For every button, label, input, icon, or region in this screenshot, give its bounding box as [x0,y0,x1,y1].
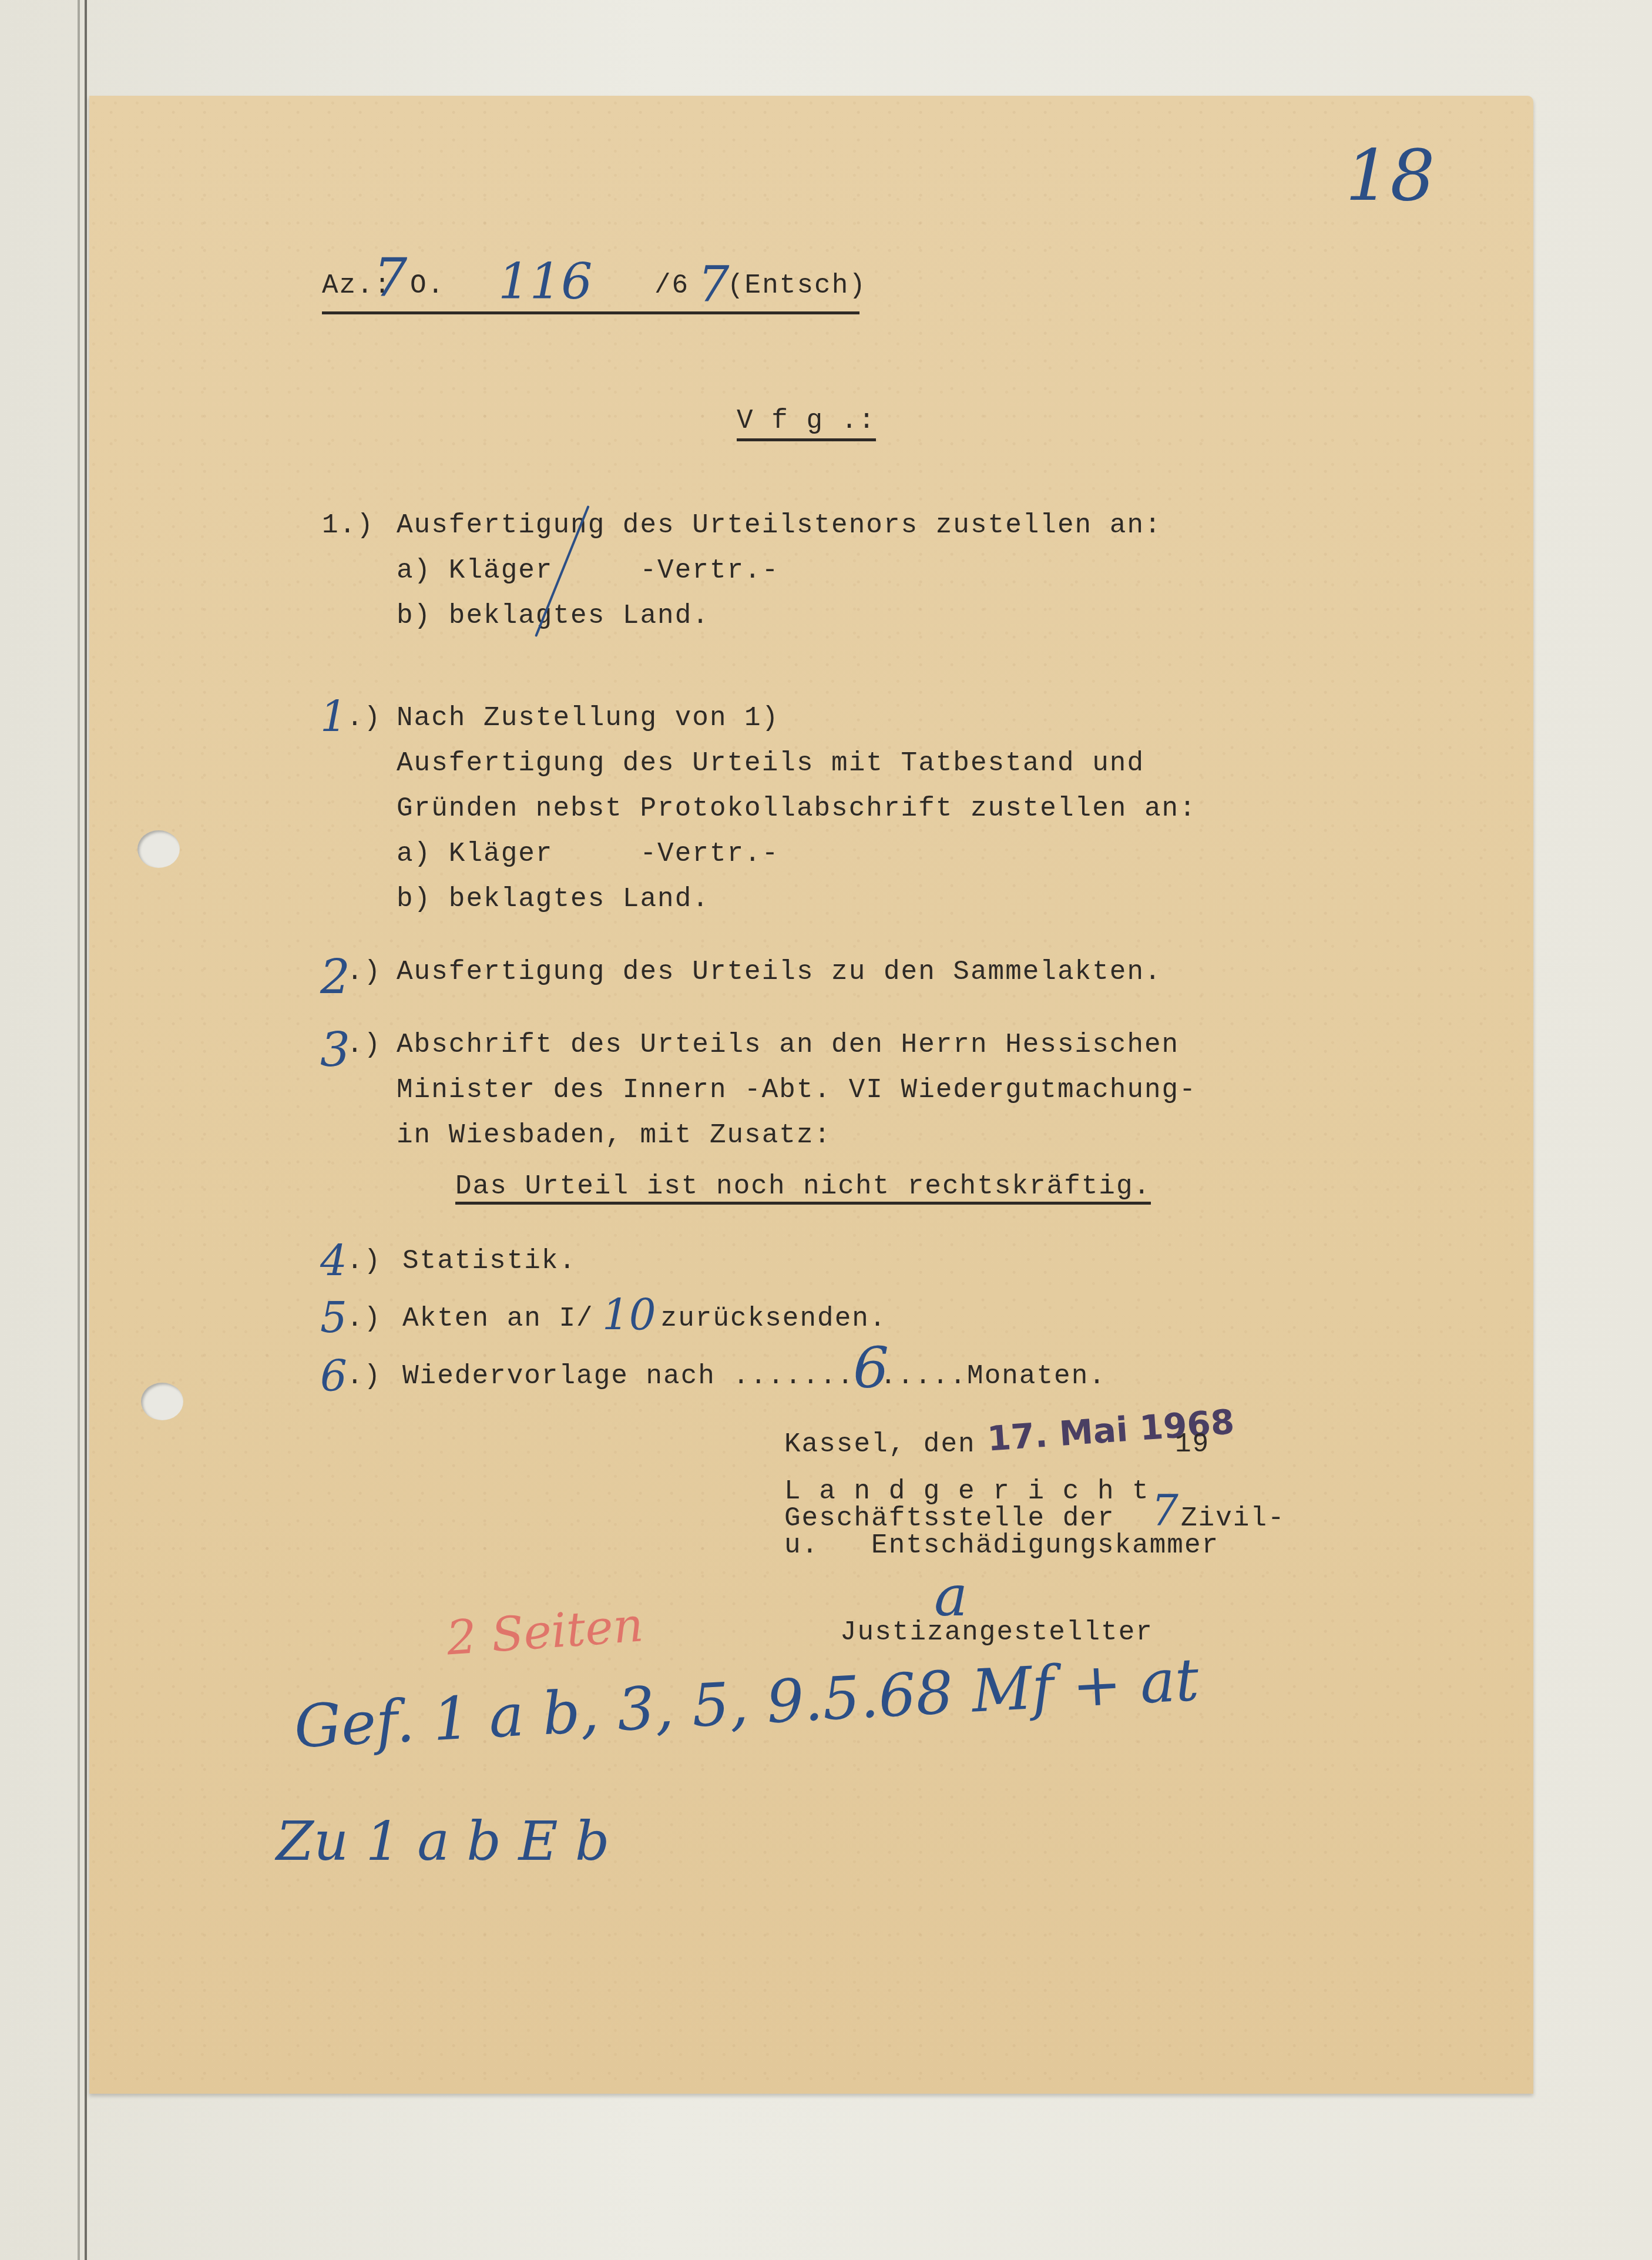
item-text-line-1: Abschrift des Urteils an den Herrn Hessi… [397,1030,1179,1060]
item-text: Ausfertigung des Urteilstenors zustellen… [397,510,1162,541]
renumber-mark: 1 [320,692,347,742]
renumber-mark: 3 [320,1022,350,1077]
chamber-handwritten: 7 [1151,1486,1178,1535]
service-note: Zu 1 a b E b [276,1810,610,1873]
item-text: Ausfertigung des Urteils zu den Sammelak… [397,957,1162,987]
item-number: .) [347,1030,381,1060]
office-line-end: Zivil- [1181,1503,1285,1534]
item-number: .) [347,1303,381,1334]
reference-number: 116 [498,253,592,310]
item-text-line-2: Minister des Innern -Abt. VI Wiedergutma… [397,1075,1197,1105]
chamber-line: u. Entschädigungskammer [784,1530,1219,1561]
item-number: 1.) [322,510,374,541]
office-line: Geschäftsstelle der [784,1503,1115,1534]
page-number: 18 [1345,135,1435,217]
court-name: L a n d g e r i c h t [784,1476,1150,1507]
item-text-line-3: in Wiesbaden, mit Zusatz: [397,1120,831,1151]
item-number: .) [347,1361,381,1391]
item-text-line-2: Ausfertigung des Urteils mit Tatbestand … [397,748,1144,779]
item-number: .) [347,957,381,987]
reference-year-prefix: /6 [654,270,689,301]
item-sub-b: b) beklagtes Land. [397,601,710,631]
binder-edge-shadow [85,0,87,2260]
binder-edge [78,0,80,2260]
item-text-line-1: Nach Zustellung von 1) [397,703,779,733]
reference-suffix: (Entsch) [727,270,867,301]
legal-status-note: Das Urteil ist noch nicht rechtskräftig. [455,1171,1151,1205]
reference-chamber: 7 [374,247,407,309]
item-text-end: .....Monaten. [880,1361,1106,1391]
renumber-mark: 6 [320,1352,347,1401]
item-text-end: zurücksenden. [643,1303,887,1334]
clerk-title: Justizangestellter [840,1617,1153,1648]
reference-register: O. [410,270,445,301]
document-heading: V f g .: [737,405,876,441]
punch-hole-top [137,830,180,868]
item-text-line-3: Gründen nebst Protokollabschrift zustell… [397,793,1197,824]
item-sub-b: b) beklagtes Land. [397,884,710,914]
item-text: Statistik. [402,1246,576,1276]
place-and-date-label: Kassel, den [784,1429,976,1460]
item-sub-a: a) Kläger -Vertr.- [397,555,779,586]
item-text-start: Wiedervorlage nach ....... [402,1361,855,1391]
punch-hole-bottom [141,1383,183,1420]
renumber-mark: 5 [320,1293,347,1342]
reference-year: 7 [698,256,729,313]
item-sub-a: a) Kläger -Vertr.- [397,839,779,869]
item-number: .) [347,1246,381,1276]
item-text-start: Akten an I/ [402,1303,594,1334]
renumber-mark: 4 [320,1236,347,1286]
renumber-mark: 2 [320,950,350,1004]
item-number: .) [347,703,381,733]
typed-year: 19 [1175,1429,1210,1460]
case-reference: Az.: 7 O. 116 /6 7 (Entsch) [322,259,859,314]
